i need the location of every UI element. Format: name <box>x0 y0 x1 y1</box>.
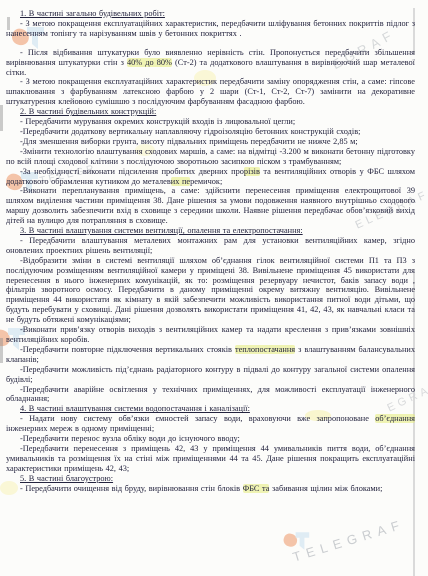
text-run: 4. В частині влаштування системи водопос… <box>20 404 250 413</box>
paragraph: - Надати нову систему обв’язки ємностей … <box>6 414 415 434</box>
text-run: забивання щілин між блоками; <box>269 484 382 493</box>
text-run: - Надати нову систему обв’язки ємностей … <box>20 414 375 423</box>
telegraf-logo-icon <box>284 531 313 552</box>
text-run: 5. В частині благоустрою: <box>20 474 113 483</box>
paragraph: - Передбачити мурування окремих конструк… <box>6 117 415 127</box>
paragraph: - Передбачити очищення від бруду, вирівн… <box>6 484 415 494</box>
text-run: -Виконати прив’язку отворів виходів з ве… <box>6 325 415 344</box>
paragraph: -Передбачити повторне підключення вертик… <box>6 345 415 365</box>
highlighted-text: різів <box>244 167 260 176</box>
logo-blob <box>282 532 299 548</box>
text-run: -Передбачити повторне підключення вертик… <box>20 345 235 354</box>
text-run: 1. В частині загально будівельних робіт: <box>20 9 165 18</box>
text-run: -Передбачити додаткову вертикальну напла… <box>20 127 360 136</box>
paragraph: -За необхідності виконати підсилення про… <box>6 167 415 187</box>
text-run: -Виконати перепланування приміщень, а са… <box>6 186 415 225</box>
highlighted-text: 40% до 80% <box>127 58 172 67</box>
highlighted-text: ФБС та <box>243 484 270 493</box>
paragraph: - Передбачити влаштування металевих монт… <box>6 236 415 256</box>
text-run: ремичок; <box>190 177 222 186</box>
paragraph: - З метою покращення експлуатаційних хар… <box>6 77 415 107</box>
paragraph: -Передбачити додаткову вертикальну напла… <box>6 127 415 137</box>
text-run: -Передбачити можливість під’єднань радіа… <box>6 365 415 384</box>
scan-edge-dash <box>7 17 10 30</box>
text-run: - Передбачити очищення від бруду, вирівн… <box>20 484 243 493</box>
section-heading: 4. В частині влаштування системи водопос… <box>6 404 415 414</box>
scan-edge-mark <box>0 105 3 131</box>
paragraph: - Після відбивання штукатурки було виявл… <box>6 48 415 78</box>
paragraph: -Виконати перепланування приміщень, а са… <box>6 186 415 226</box>
text-run: -Змінити технологію влаштування сходових… <box>6 147 415 166</box>
paragraph: -Відобразити зміни в системі вентиляції … <box>6 256 415 325</box>
text-run: - Передбачити влаштування металевих монт… <box>6 236 415 255</box>
text-run: -Передбачити перенесення з приміщень 42,… <box>6 444 415 473</box>
scan-edge-mark <box>0 338 3 363</box>
text-run: -Для зменшення виборки грунта, висоту пі… <box>20 137 358 146</box>
section-heading: 2. В частині будівельних конструкцій: <box>6 107 415 117</box>
text-run: -За необхідності виконати підсилення про… <box>20 167 244 176</box>
paragraph: -Для зменшення виборки грунта, висоту пі… <box>6 137 415 147</box>
section-heading: 5. В частині благоустрою: <box>6 474 415 484</box>
scanned-document-page: EGRAFELEGRAFEGRAFTELEGRAFTELEGR 1. В час… <box>0 0 428 576</box>
paragraph: -Передбачити перенесення з приміщень 42,… <box>6 444 415 474</box>
paragraph: -Передбачити перенос вузла обліку води д… <box>6 434 415 444</box>
text-run: -Відобразити зміни в системі вентиляції … <box>6 256 415 324</box>
section-heading: 3. В частині влаштування системи вентиля… <box>6 226 415 236</box>
document-body: 1. В частині загально будівельних робіт:… <box>6 9 415 494</box>
paragraph: -Передбачити аварійне освітлення у техні… <box>6 385 415 405</box>
paragraph: -Змінити технологію влаштування сходових… <box>6 147 415 167</box>
section-heading: 1. В частині загально будівельних робіт: <box>6 9 415 19</box>
paragraph: -Передбачити можливість під’єднань радіа… <box>6 365 415 385</box>
text-run: інженерних мереж в одному приміщенні; <box>6 424 154 433</box>
text-run: -Передбачити аварійне освітлення у техні… <box>6 385 415 404</box>
paragraph: - З метою покращення експлуатаційних хар… <box>6 19 415 39</box>
highlighted-text: их пе <box>171 177 190 186</box>
paragraph: -Виконати прив’язку отворів виходів з ве… <box>6 325 415 345</box>
highlighted-text: теплопостачання <box>235 345 295 354</box>
text-run: - З метою покращення експлуатаційних хар… <box>6 77 415 106</box>
highlighted-text: об’єднання <box>375 414 415 423</box>
text-run: -Передбачити перенос вузла обліку води д… <box>20 434 240 443</box>
watermark-text: TELEGRAF <box>291 516 407 564</box>
text-run: - З метою покращення експлуатаційних хар… <box>6 19 415 38</box>
logo-letter-t-icon <box>293 531 312 552</box>
text-run: 2. В частині будівельних конструкцій: <box>20 107 156 116</box>
text-run: - Передбачити мурування окремих конструк… <box>20 117 295 126</box>
text-run: 3. В частині влаштування системи вентиля… <box>20 226 303 235</box>
